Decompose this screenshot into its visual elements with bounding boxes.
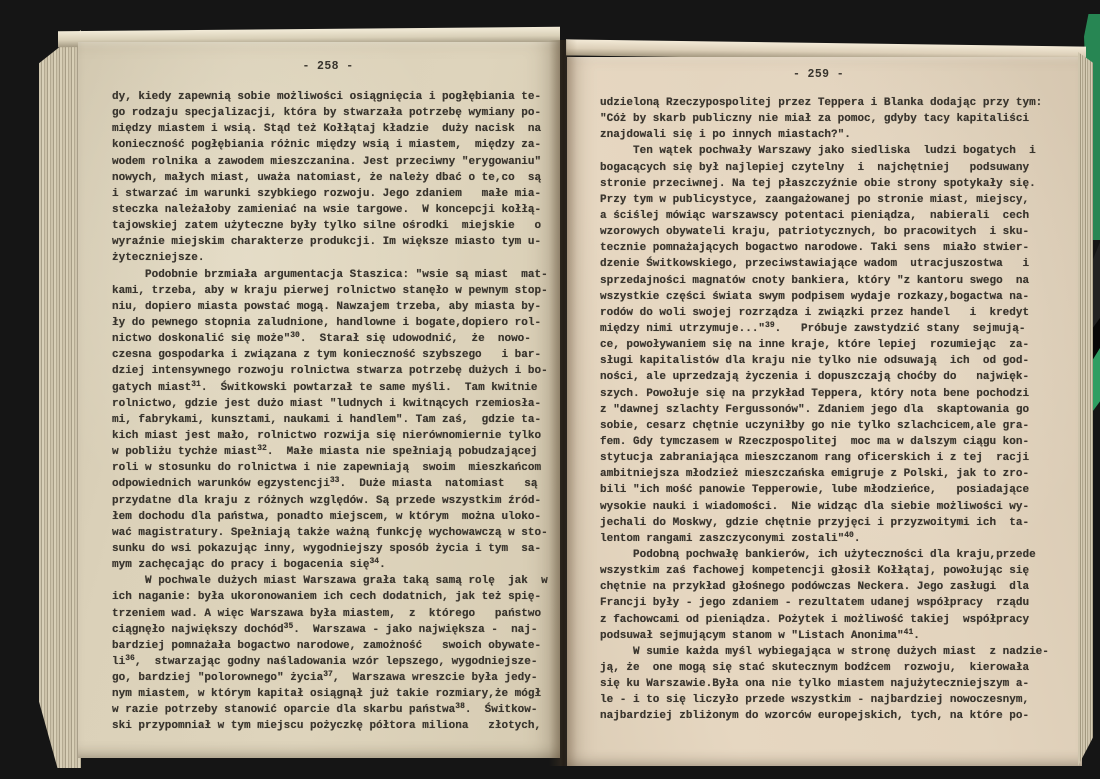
text-line: roli w stosunku do rolnictwa i nie zapew… xyxy=(112,460,548,476)
text-line: li36, stwarzając godny naśladowania wzór… xyxy=(112,654,548,670)
text-line: wszystkim zaś fachowej kompetencji głosi… xyxy=(600,563,1049,579)
text-line: kich miast jest mało, rolnictwo rozwija … xyxy=(112,428,548,444)
footnote-ref: 30 xyxy=(290,331,300,340)
text-line: Podobnie brzmiała argumentacja Staszica:… xyxy=(112,267,548,283)
text-line: le - i to się liczyło przede wszystkim -… xyxy=(600,692,1049,708)
text-line: Podobną pochwałę bankierów, ich użyteczn… xyxy=(600,547,1049,563)
text-line: kami, trzeba, aby w kraju pierwej rolnic… xyxy=(112,283,548,299)
text-line: go, bardziej "polorownego" życia37, Wars… xyxy=(112,670,548,686)
footnote-ref: 32 xyxy=(257,444,267,453)
text-line: i stwarzać im warunki szybkiego rozwoju.… xyxy=(112,186,548,202)
book-fore-edge-right xyxy=(1078,52,1093,766)
text-line: nictwo doskonalić się może"30. Starał si… xyxy=(112,331,548,347)
text-line: ski przypomniał w tym miejscu pożyczkę p… xyxy=(112,718,548,734)
text-line: fem. Gdy tymczasem w Rzeczpospolitej moc… xyxy=(600,434,1049,450)
footnote-ref: 31 xyxy=(191,380,201,389)
text-line: sprzedajności magnatów cnoty bankiera, k… xyxy=(600,273,1049,289)
text-line: lentom rangami zaszczyconymi zostali"40. xyxy=(600,531,1049,547)
text-line: Francji były - jego zdaniem - rezultatem… xyxy=(600,595,1049,611)
text-line: najbardziej zbliżonym do wzorców europej… xyxy=(600,708,1049,724)
text-line: "Cóż by skarb publiczny nie miał za pomo… xyxy=(600,111,1049,127)
text-line: Ten wątek pochwały Warszawy jako siedlis… xyxy=(600,143,1049,159)
text-line: między miastem i wsią. Stąd też Kołłątaj… xyxy=(112,121,548,137)
text-line: dzenie Świtkowskiego, przeciwstawiające … xyxy=(600,256,1049,272)
text-line: ce, powoływaniem się na inne kraje, któr… xyxy=(600,337,1049,353)
text-line: stronie przeciwnej. Na tej płaszczyźnie … xyxy=(600,176,1049,192)
page-text-left: dy, kiedy zapewnią sobie możliwości osią… xyxy=(112,89,548,735)
text-line: z "dawnej szlachty Fergussonów". Zdaniem… xyxy=(600,402,1049,418)
text-line: sługi kapitalistów dla kraju nie tylko n… xyxy=(600,353,1049,369)
text-line: ły do pewnego stopnia zaludnione, handlo… xyxy=(112,315,548,331)
text-line: sunku do wsi pokazując inny, wygodniejsz… xyxy=(112,541,548,557)
text-line: wysokie nauki i wiadomości. Nie widząc d… xyxy=(600,499,1049,515)
text-line: rodów do woli swojej rozrządza i związki… xyxy=(600,305,1049,321)
footnote-ref: 34 xyxy=(369,557,379,566)
text-line: bili "ich mość panowie Tepperowie, lube … xyxy=(600,482,1049,498)
text-line: nowych, małych miast, uważa natomiast, ż… xyxy=(112,170,548,186)
text-line: wodem rolnika a zawodem mieszczanina. Je… xyxy=(112,154,548,170)
text-line: z fachowcami od pieniądza. Pożytek i moż… xyxy=(600,612,1049,628)
text-line: wzorowych obywateli kraju, patriotycznyc… xyxy=(600,224,1049,240)
text-line: Przy tym w publicystyce, zaangażowanej p… xyxy=(600,192,1049,208)
text-line: bogacących się był najlepiej czytelny i … xyxy=(600,160,1049,176)
text-line: żyteczniejsze. xyxy=(112,250,548,266)
text-line: przydatne dla kraju z różnych względów. … xyxy=(112,493,548,509)
text-line: rolnictwo, gdzie jest dużo miast "ludnyc… xyxy=(112,396,548,412)
text-line: podsuwał sejmującym stanom w "Listach An… xyxy=(600,628,1049,644)
text-line: chętnie na przykład głośnego podówczas N… xyxy=(600,579,1049,595)
text-line: sobie, cesarz chętnie uczyniłby go nie t… xyxy=(600,418,1049,434)
text-line: mi, fabrykami, kunsztami, naukami i hand… xyxy=(112,412,548,428)
text-line: się ku Warszawie.Była ona nie tylko mias… xyxy=(600,676,1049,692)
text-line: jechali do Moskwy, gdzie chętnie przyjęc… xyxy=(600,515,1049,531)
text-line: ją, że one mogą się stać skutecznym bodź… xyxy=(600,660,1049,676)
text-line: go rodzaju specjalizacji, która by stwar… xyxy=(112,105,548,121)
footnote-ref: 39 xyxy=(765,321,775,330)
text-line: udzieloną Rzeczypospolitej przez Teppera… xyxy=(600,95,1049,111)
text-line: konieczność pogłębiania różnic między ws… xyxy=(112,137,548,153)
text-line: bardziej pomnażała bogactwo narodowe, za… xyxy=(112,638,548,654)
text-line: W pochwale dużych miast Warszawa grała t… xyxy=(112,573,548,589)
text-line: tajowskiej zatem użyteczne były tylko si… xyxy=(112,218,548,234)
book-gutter-shadow xyxy=(549,40,577,766)
text-line: gatych miast31. Świtkowski powtarzał te … xyxy=(112,380,548,396)
text-line: stytucja zabraniająca mieszczanom rang o… xyxy=(600,450,1049,466)
text-line: łem dochodu dla państwa, ponadto miejsce… xyxy=(112,509,548,525)
photo-background: - 258 - dy, kiedy zapewnią sobie możliwo… xyxy=(0,0,1100,779)
text-line: ności, ale uprzedzają życzenia i dopuszc… xyxy=(600,369,1049,385)
text-line: nym miastem, w którym kapitał osiągnął j… xyxy=(112,686,548,702)
text-line: odpowiednich warunków egzystencji33. Duż… xyxy=(112,476,548,492)
footnote-ref: 35 xyxy=(284,622,294,631)
footnote-ref: 40 xyxy=(844,531,854,540)
text-line: znajdowali się i po innych miastach?". xyxy=(600,127,1049,143)
text-line: wać magistratury. Spełniają także ważną … xyxy=(112,525,548,541)
text-line: steczka należałoby zamieniać na wsie tar… xyxy=(112,202,548,218)
text-line: trzeniem wad. A więc Warszawa była miast… xyxy=(112,606,548,622)
text-line: dziej intensywnego rozwoju rolnictwa stw… xyxy=(112,363,548,379)
text-line: ambitniejsza młodzież mieszczańska emigr… xyxy=(600,466,1049,482)
text-line: a ściślej mówiąc warszawscy potentaci pi… xyxy=(600,208,1049,224)
text-line: ich naganie: była ukoronowaniem ich cech… xyxy=(112,589,548,605)
page-text-right: udzieloną Rzeczypospolitej przez Teppera… xyxy=(600,95,1049,724)
text-line: niu, dopiero miasta powstać mogą. Nawzaj… xyxy=(112,299,548,315)
book-fore-edge-left xyxy=(39,30,81,768)
text-line: między nimi utrzymuje..."39. Próbuje zaw… xyxy=(600,321,1049,337)
page-number-right: - 259 - xyxy=(600,68,1037,81)
text-line: tecznie pomnażających bogactwo narodowe.… xyxy=(600,240,1049,256)
footnote-ref: 37 xyxy=(323,670,333,679)
text-line: szych. Powołuje się na przykład Teppera,… xyxy=(600,386,1049,402)
text-line: dy, kiedy zapewnią sobie możliwości osią… xyxy=(112,89,548,105)
footnote-ref: 33 xyxy=(330,476,340,485)
footnote-ref: 38 xyxy=(455,702,465,711)
text-line: ciągnęło największy dochód35. Warszawa -… xyxy=(112,622,548,638)
text-line: mym zachęcając do pracy i bogacenia się3… xyxy=(112,557,548,573)
text-line: wszystkie części świata swym podpisem wy… xyxy=(600,289,1049,305)
footnote-ref: 36 xyxy=(125,654,135,663)
footnote-ref: 41 xyxy=(904,628,914,637)
text-line: czesna gospodarka i związana z tym konie… xyxy=(112,347,548,363)
text-line: wyraźnie miejskim charakterze produkcji.… xyxy=(112,234,548,250)
page-number-left: - 258 - xyxy=(112,60,544,73)
text-line: w pobliżu tychże miast32. Małe miasta ni… xyxy=(112,444,548,460)
text-line: w razie potrzeby stanowić oparcie dla sk… xyxy=(112,702,548,718)
text-line: W sumie każda myśl wybiegająca w stronę … xyxy=(600,644,1049,660)
